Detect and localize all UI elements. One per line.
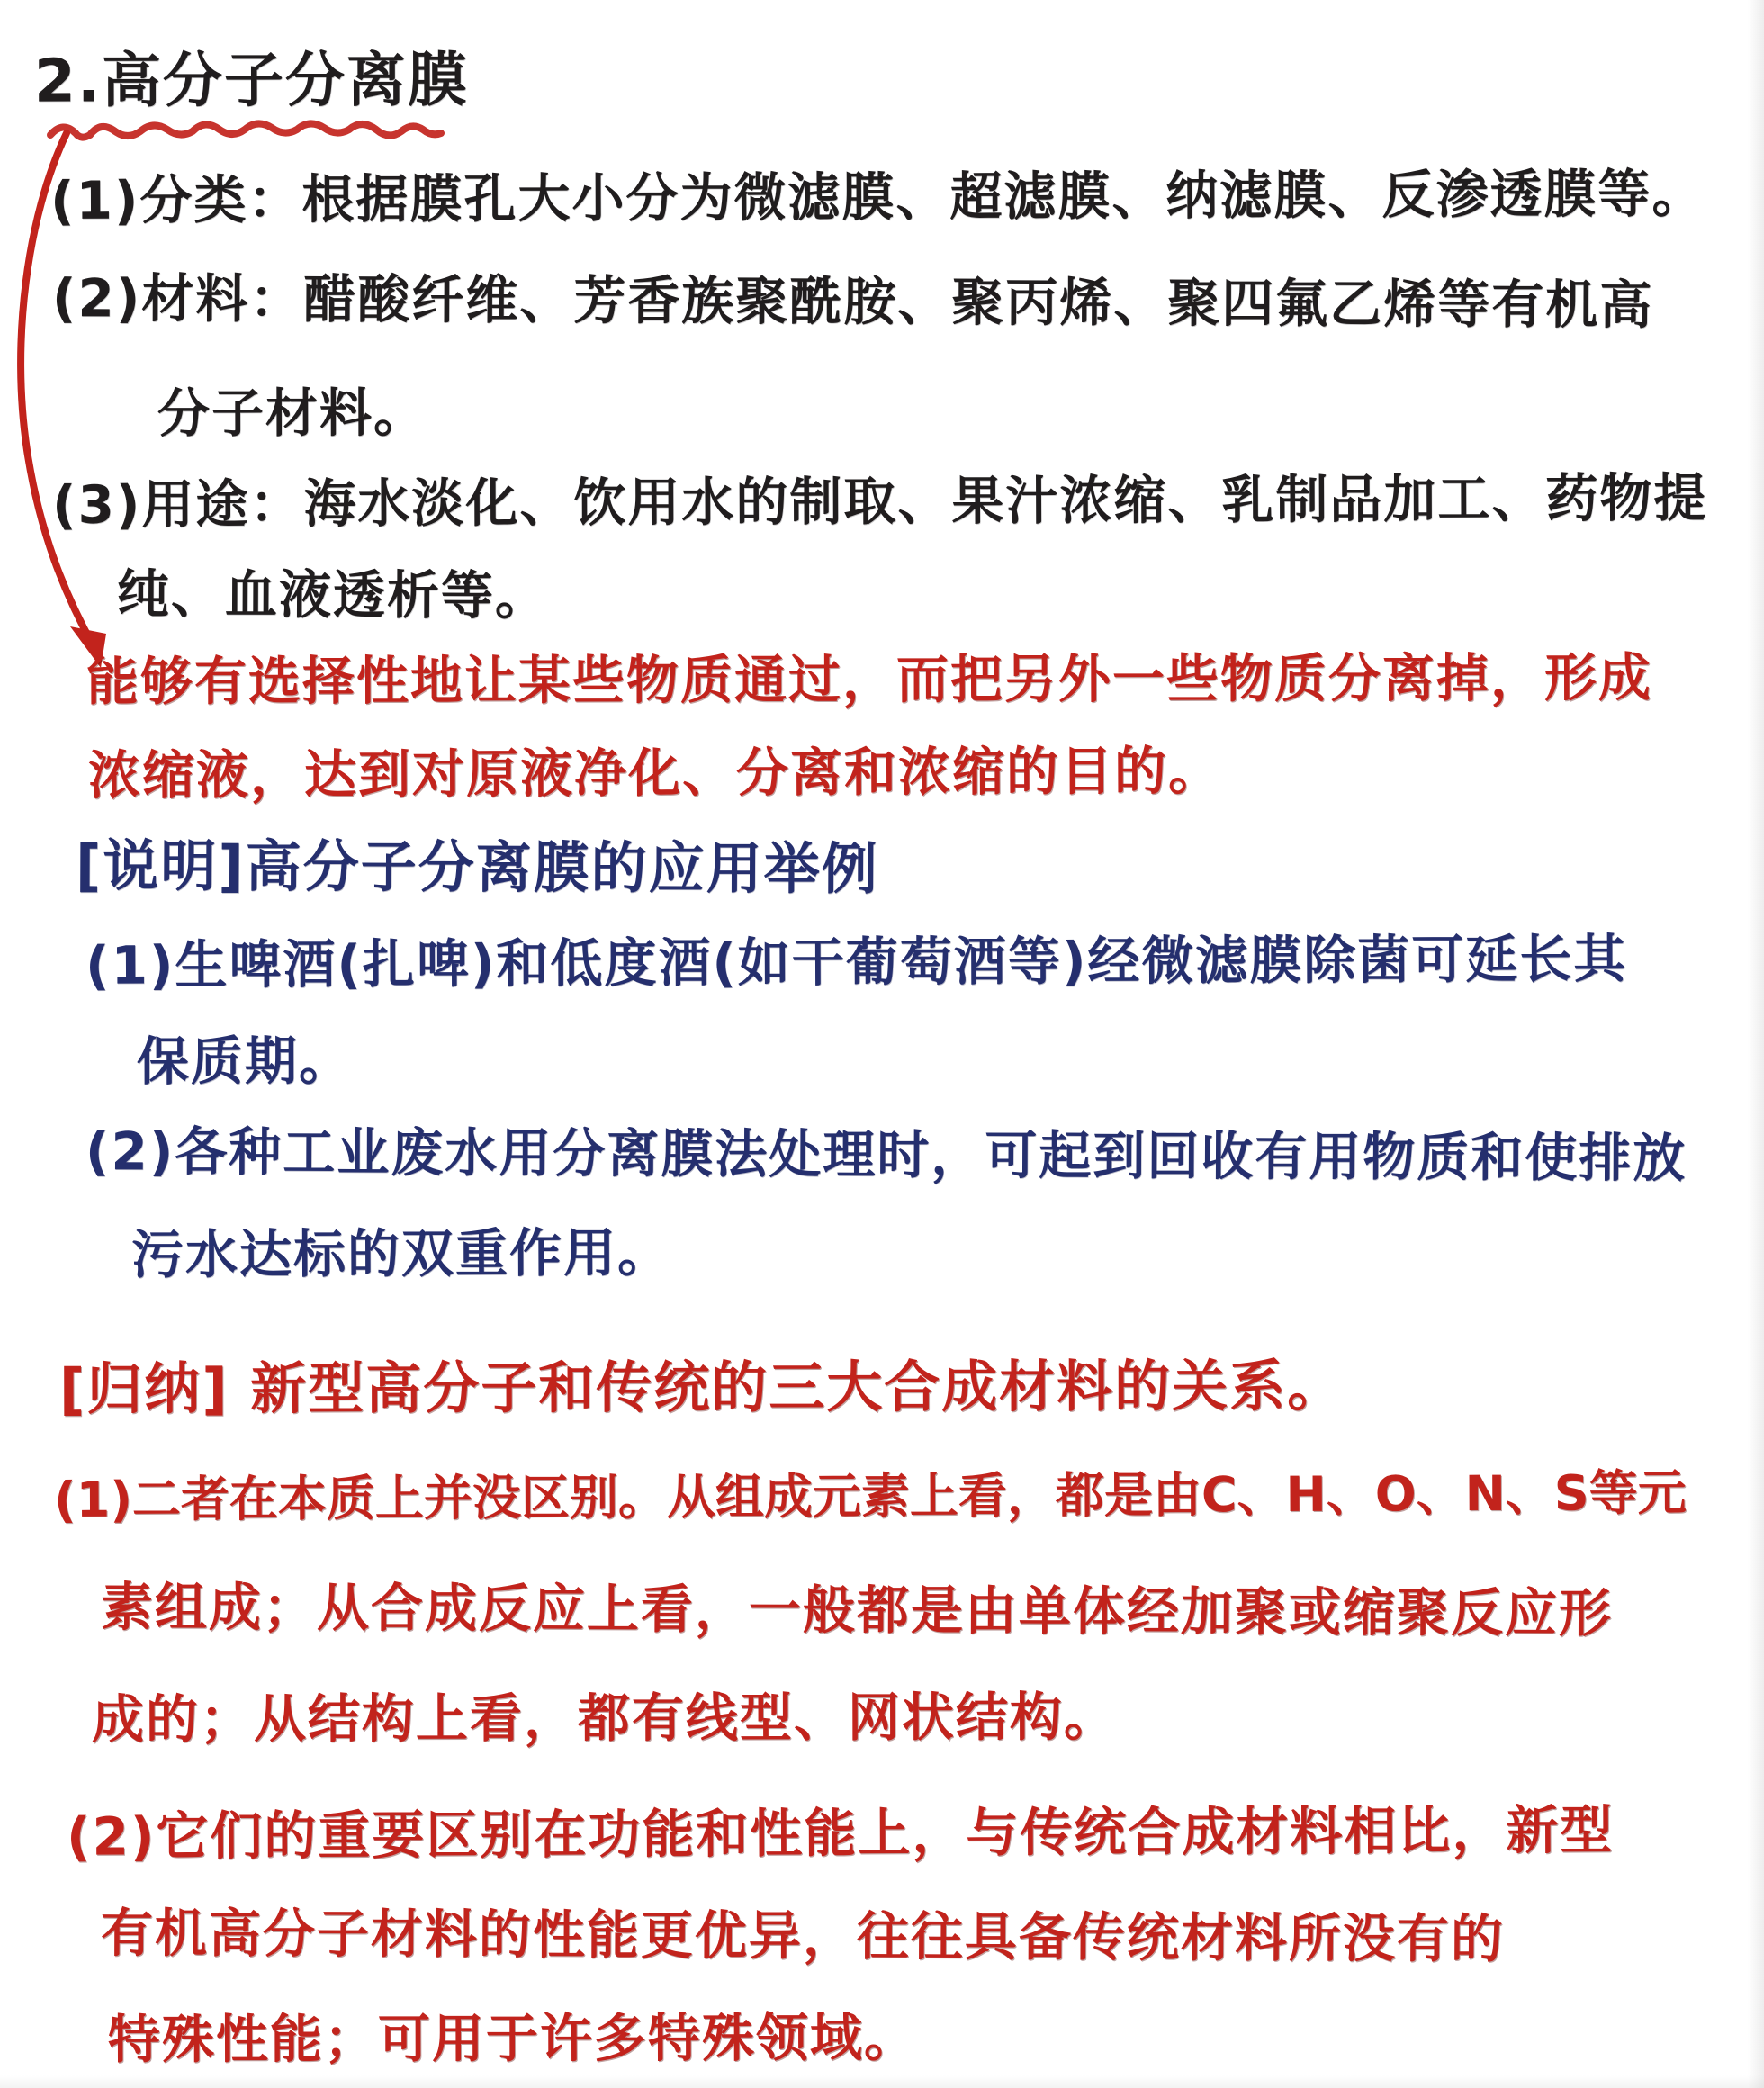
- guina-item2-line1: (2)它们的重要区别在功能和性能上，与传统合成材料相比，新型: [67, 1800, 1615, 1867]
- page-title: 2.高分子分离膜: [34, 46, 469, 115]
- handwritten-notes-page: 2.高分子分离膜 (1)分类：根据膜孔大小分为微滤膜、超滤膜、纳滤膜、反渗透膜等…: [0, 0, 1764, 2088]
- membrane-usage-line2: 纯、血液透析等。: [117, 564, 549, 626]
- shuoming-item2-line1: (2)各种工业废水用分离膜法处理时，可起到回收有用物质和使排放: [85, 1121, 1687, 1188]
- membrane-highlight-line1: 能够有选择性地让某些物质通过，而把另外一些物质分离掉，形成: [86, 648, 1652, 712]
- shuoming-header: [说明]高分子分离膜的应用举例: [76, 833, 879, 901]
- membrane-material-line1: (2)材料：醋酸纤维、芳香族聚酰胺、聚丙烯、聚四氟乙烯等有机高: [52, 268, 1654, 335]
- membrane-classification: (1)分类：根据膜孔大小分为微滤膜、超滤膜、纳滤膜、反渗透膜等。: [50, 164, 1706, 231]
- guina-item1-line3: 成的；从结构上看，都有线型、网状结构。: [92, 1687, 1118, 1750]
- membrane-usage-line1: (3)用途：海水淡化、饮用水的制取、果汁浓缩、乳制品加工、药物提: [52, 468, 1708, 535]
- shuoming-item1-line1: (1)生啤酒(扎啤)和低度酒(如干葡萄酒等)经微滤膜除菌可延长其: [85, 929, 1628, 995]
- guina-item1-line1: (1)二者在本质上并没区别。从组成元素上看，都是由C、H、O、N、S等元: [54, 1465, 1687, 1528]
- shuoming-item1-line2: 保质期。: [137, 1031, 353, 1092]
- shuoming-item2-line2: 污水达标的双重作用。: [131, 1223, 671, 1285]
- membrane-highlight-line2: 浓缩液，达到对原液净化、分离和浓缩的目的。: [88, 741, 1222, 805]
- guina-item2-line2: 有机高分子材料的性能更优异，往往具备传统材料所没有的: [101, 1903, 1505, 1969]
- guina-item2-line3: 特殊性能；可用于许多特殊领域。: [108, 2008, 918, 2070]
- guina-header: [归纳] 新型高分子和传统的三大合成材料的关系。: [59, 1354, 1345, 1421]
- membrane-material-line2: 分子材料。: [157, 383, 427, 444]
- guina-item1-line2: 素组成；从合成反应上看，一般都是由单体经加聚或缩聚反应形: [101, 1577, 1613, 1643]
